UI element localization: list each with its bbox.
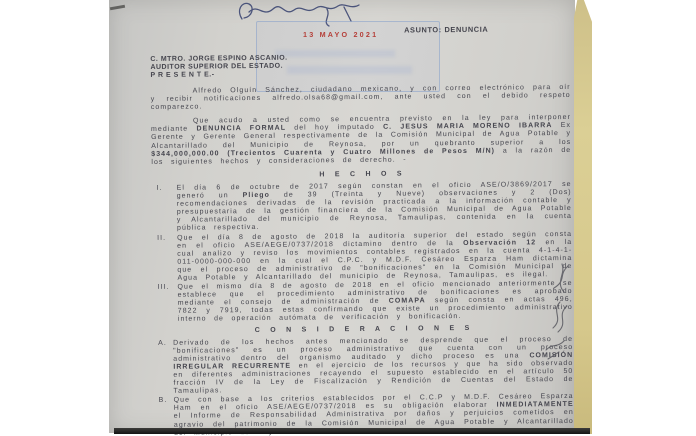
hecho-item-2: II. Que el día 8 de agosto de 2018 la au… (152, 230, 572, 283)
addressee-block: C. MTRO. JORGE ESPINO ASCANIO. AUDITOR S… (150, 55, 287, 80)
hecho-numeral: I. (152, 185, 177, 234)
intro-paragraph: Alfredo Olguín Sánchez, ciudadano mexica… (151, 84, 571, 112)
denuncia-paragraph: Que acudo a usted como se encuentra prev… (151, 114, 571, 167)
hecho-3-bold: COMAPA (389, 298, 426, 305)
p2-bold-denuncia-formal: DENUNCIA FORMAL (196, 125, 286, 133)
hecho-2-bold: Observación 12 (463, 239, 536, 247)
hecho-1-bold: Pliego (243, 192, 270, 199)
hecho-numeral: II. (152, 234, 177, 283)
letter-body: Alfredo Olguín Sánchez, ciudadano mexica… (151, 84, 574, 436)
margin-annotation-handwriting (538, 262, 582, 372)
consideracion-letter: A. (153, 339, 174, 396)
hecho-numeral: III. (153, 284, 178, 325)
consideracion-a-text: Derivado de los hechos antes mencionado … (173, 336, 573, 363)
paper-bottom-shadow (114, 428, 590, 434)
hecho-text: Que el día 8 de agosto de 2018 la audito… (177, 230, 572, 282)
hecho-item-3: III. Que el mismo día 8 de agosto de 201… (153, 280, 573, 324)
hecho-text: El día 6 de octubre de 2017 según consta… (177, 181, 572, 233)
subject-line: ASUNTO: DENUNCIA (404, 25, 488, 35)
consideracion-item-a: A. Derivado de los hechos antes menciona… (153, 336, 574, 397)
consideracion-b-bold: INMEDIATAMENTE (497, 401, 574, 409)
addressee-title: AUDITOR SUPERIOR DEL ESTADO. (150, 63, 287, 72)
hecho-item-1: I. El día 6 de octubre de 2017 según con… (152, 181, 572, 234)
p2-text: del hoy imputado (286, 124, 383, 132)
hechos-title: H E C H O S (151, 169, 571, 181)
letter-content: ASUNTO: DENUNCIA C. MTRO. JORGE ESPINO A… (148, 18, 576, 432)
addressee-presente: P R E S E N T E.- (150, 71, 287, 80)
scanned-document-viewer: 13 MAYO 2021 ASUNTO: DENUNCIA C. MTRO. J… (0, 0, 696, 436)
consideraciones-title: C O N S I D E R A C I O N E S (153, 323, 573, 335)
consideracion-text: Derivado de los hechos antes mencionado … (173, 336, 574, 396)
hecho-text: Que el mismo día 8 de agosto de 2018 en … (178, 280, 573, 324)
